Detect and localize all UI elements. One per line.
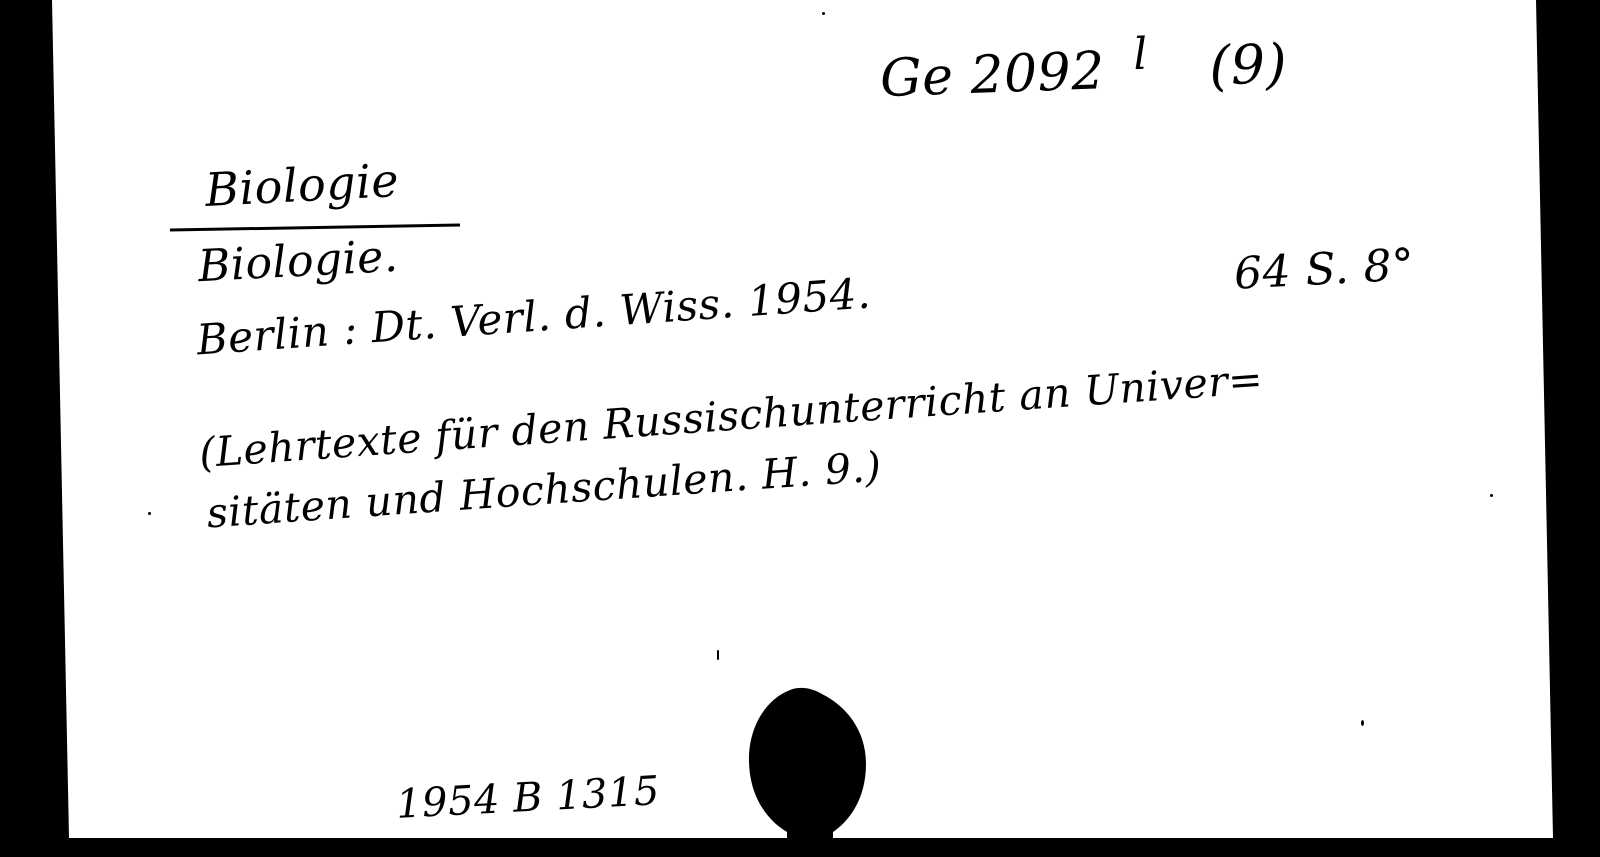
catalog-card: Ge 2092 l (9) Biologie Biologie. Berlin … [0,0,1600,857]
call-number-prefix: Ge [879,47,954,110]
speck [148,512,151,515]
speck [822,12,825,15]
call-number-suffix: l [1132,29,1148,80]
call-number: Ge 2092 l (9) [879,37,1288,105]
collation: 64 S. 8° [1233,243,1416,296]
speck [717,650,719,660]
scan-stage: Ge 2092 l (9) Biologie Biologie. Berlin … [0,0,1600,857]
speck [1490,494,1493,497]
call-number-volume: (9) [1208,32,1288,98]
title: Biologie. [197,235,399,289]
call-number-value: 2092 [969,41,1105,106]
subject-heading: Biologie [204,157,400,213]
speck [1361,720,1364,726]
